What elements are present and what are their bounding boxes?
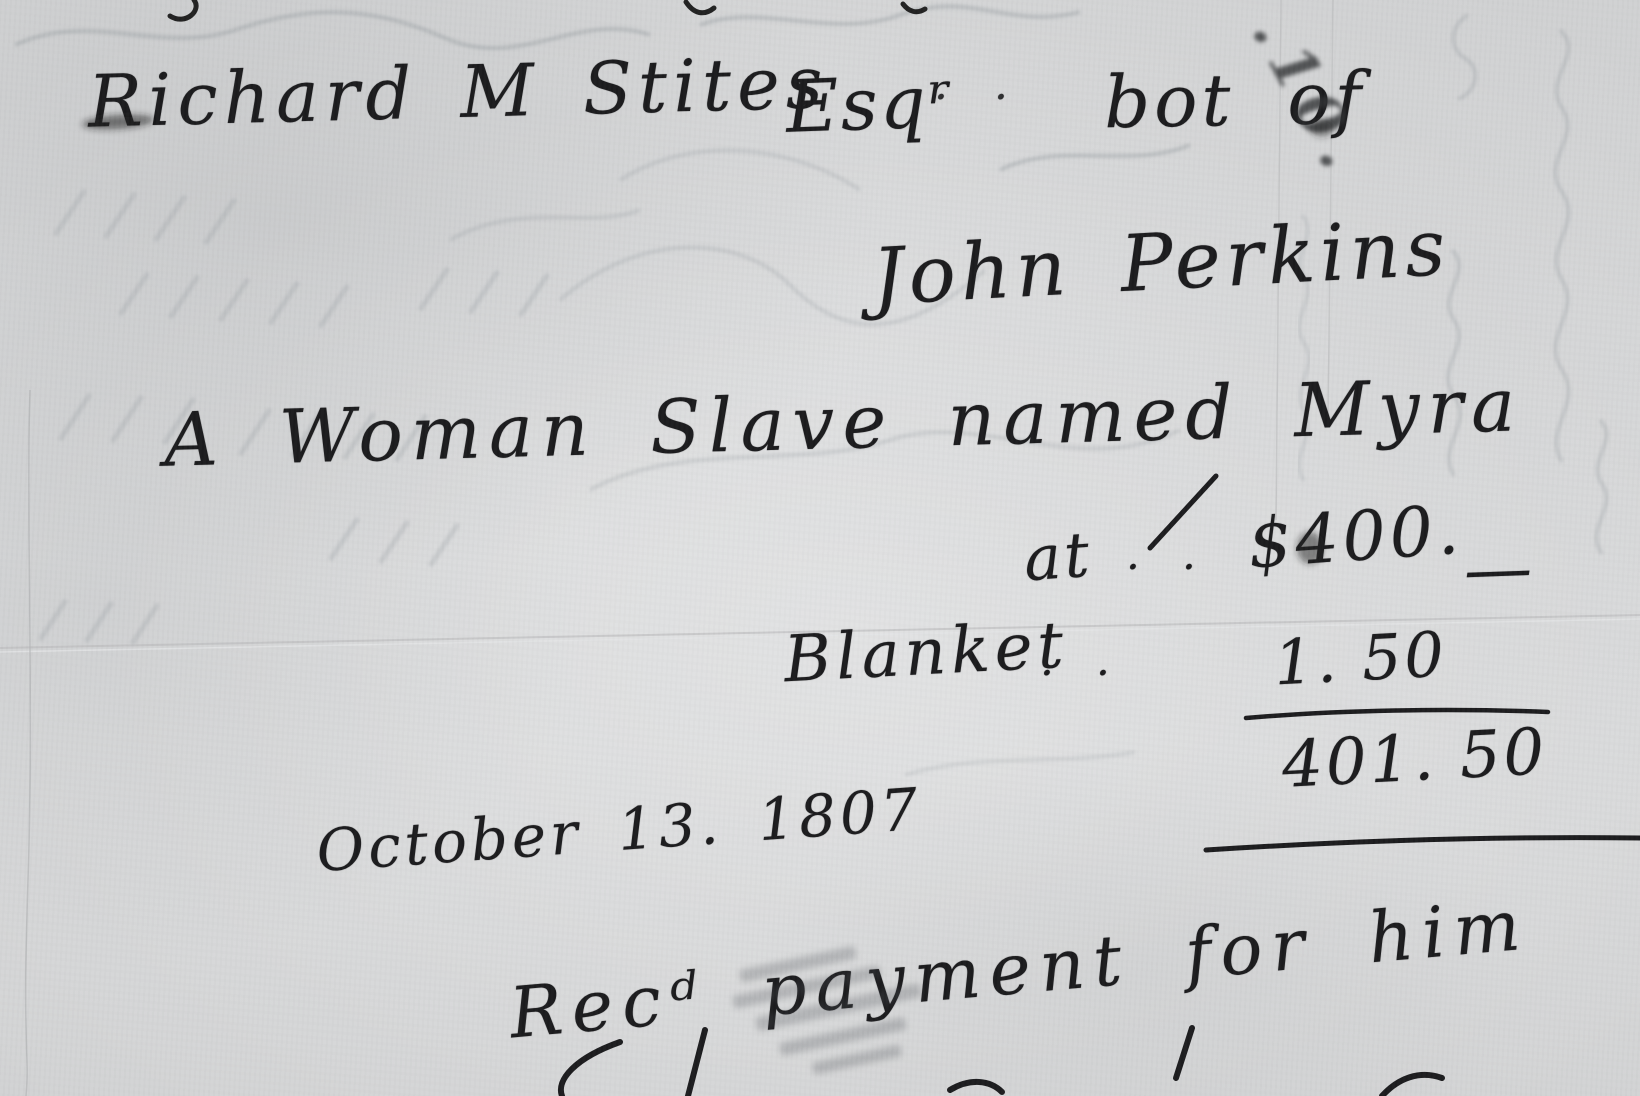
document-page: Richard M Stites Esqʳ · · bot of John Pe… — [0, 0, 1640, 1096]
top-edge-cutoff-strokes — [170, 0, 925, 19]
sum-rule-total — [1206, 838, 1640, 850]
price-dash: — — [1463, 529, 1534, 610]
item-description: A Woman Slave named Myra — [163, 362, 1524, 484]
separator-dots: · · — [934, 72, 1024, 123]
price-label: at — [1022, 518, 1095, 596]
seller-name: John Perkins — [870, 203, 1452, 323]
total-amount: 401. 50 — [1280, 715, 1549, 803]
crease-vertical-left — [26, 390, 31, 1096]
buyer-name: Richard M Stites — [87, 40, 830, 143]
ink-smears — [82, 113, 1334, 564]
dollar-upstroke — [1150, 476, 1216, 548]
blanket-label: Blanket — [782, 609, 1070, 698]
blanket-dots: · · — [1040, 648, 1124, 699]
blanket-amount: 1. 50 — [1272, 618, 1448, 700]
price-amount: $400. — [1246, 491, 1466, 585]
ghost-stroke-above-date — [905, 752, 1135, 775]
buyer-title: Esqʳ — [785, 59, 956, 149]
receipt-note: Recᵈ payment for him — [506, 884, 1532, 1055]
ghost-loops-right — [1448, 15, 1606, 554]
date-line: October 13. 1807 — [314, 775, 923, 885]
price-dots: · · — [1126, 542, 1210, 593]
